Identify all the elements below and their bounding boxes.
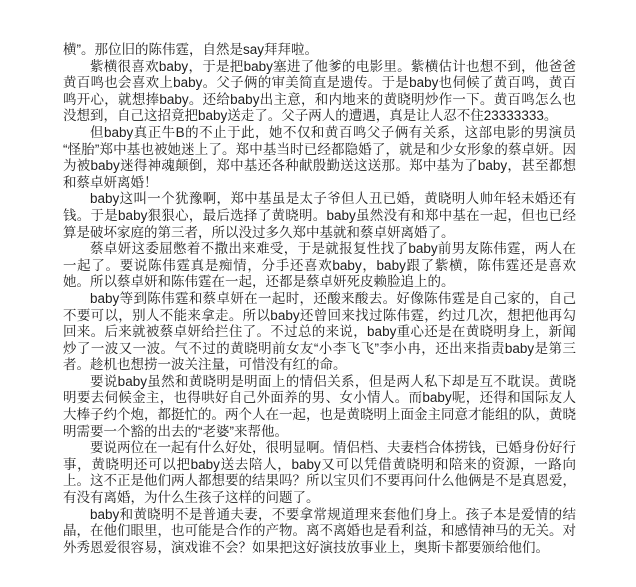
paragraph-1: 紫横很喜欢baby，于是把baby塞进了他爹的电影里。紫横估计也想不到，他爸爸黄… [63, 59, 576, 125]
paragraph-continuation: 横”。那位旧的陈伟霆，自然是say拜拜啦。 [63, 42, 576, 59]
paragraph-7: 要说两位在一起有什么好处，很明显啊。情侣档、夫妻档合体捞钱，已婚身份好行事，黄晓… [63, 440, 576, 506]
document-page: 横”。那位旧的陈伟霆，自然是say拜拜啦。 紫横很喜欢baby，于是把baby塞… [0, 0, 636, 587]
paragraph-8: baby和黄晓明不是普通夫妻，不要拿常规道理来套他们身上。孩子本是爱情的结晶，在… [63, 507, 576, 557]
paragraph-6: 要说baby虽然和黄晓明是明面上的情侣关系，但是两人私下却是互不耽误。黄晓明要去… [63, 374, 576, 440]
paragraph-3: baby这叫一个犹豫啊，郑中基虽是太子爷但人丑已婚，黄晓明人帅年轻未婚还有钱。于… [63, 191, 576, 241]
paragraph-5: baby等到陈伟霆和蔡卓妍在一起时，还酸来酸去。好像陈伟霆是自己家的，自己不要可… [63, 291, 576, 374]
paragraph-2: 但baby真正牛B的不止于此，她不仅和黄百鸣父子俩有关系，这部电影的男演员“怪胎… [63, 125, 576, 191]
paragraph-4: 蔡卓妍这委屈憋着不撒出来难受，于是就报复性找了baby前男友陈伟霆，两人在一起了… [63, 241, 576, 291]
